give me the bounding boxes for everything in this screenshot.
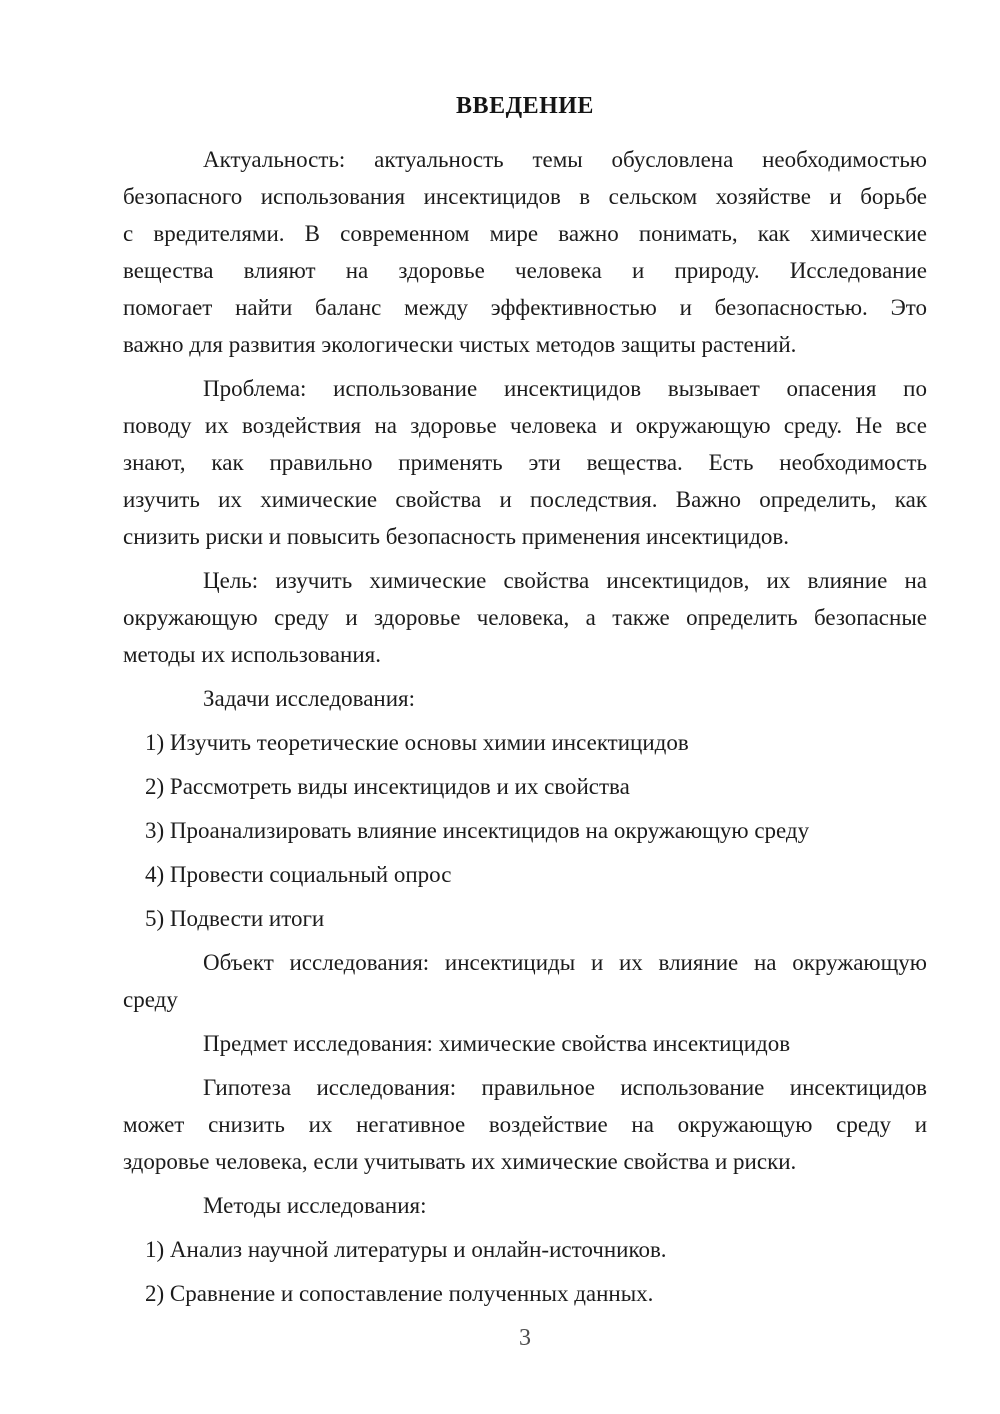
text-line: здоровье человека, если учитывать их хим… xyxy=(123,1143,927,1180)
text-line: вещества влияют на здоровье человека и п… xyxy=(123,252,927,289)
text-line: окружающую среду и здоровье человека, а … xyxy=(123,599,927,636)
text-line: Объект исследования: инсектициды и их вл… xyxy=(123,944,927,981)
text-line: Предмет исследования: химические свойств… xyxy=(123,1025,927,1062)
paragraph: Проблема: использование инсектицидов выз… xyxy=(123,370,927,555)
text-line: знают, как правильно применять эти вещес… xyxy=(123,444,927,481)
list-item: 2) Рассмотреть виды инсектицидов и их св… xyxy=(123,768,927,805)
paragraph: Цель: изучить химические свойства инсект… xyxy=(123,562,927,673)
text-line: Проблема: использование инсектицидов выз… xyxy=(123,370,927,407)
text-line: 4) Провести социальный опрос xyxy=(123,856,927,893)
list-item: 1) Изучить теоретические основы химии ин… xyxy=(123,724,927,761)
text-line: помогает найти баланс между эффективност… xyxy=(123,289,927,326)
paragraph-container: Актуальность: актуальность темы обусловл… xyxy=(123,141,927,1312)
paragraph: Задачи исследования: xyxy=(123,680,927,717)
text-line: изучить их химические свойства и последс… xyxy=(123,481,927,518)
text-line: поводу их воздействия на здоровье челове… xyxy=(123,407,927,444)
text-line: 3) Проанализировать влияние инсектицидов… xyxy=(123,812,927,849)
paragraph: Объект исследования: инсектициды и их вл… xyxy=(123,944,927,1018)
paragraph: Методы исследования: xyxy=(123,1187,927,1224)
list-item: 5) Подвести итоги xyxy=(123,900,927,937)
text-line: среду xyxy=(123,981,927,1018)
text-line: Цель: изучить химические свойства инсект… xyxy=(123,562,927,599)
list-item: 4) Провести социальный опрос xyxy=(123,856,927,893)
paragraph: Актуальность: актуальность темы обусловл… xyxy=(123,141,927,363)
paragraph: Гипотеза исследования: правильное исполь… xyxy=(123,1069,927,1180)
text-line: снизить риски и повысить безопасность пр… xyxy=(123,518,927,555)
text-line: методы их использования. xyxy=(123,636,927,673)
page-number: 3 xyxy=(123,1320,927,1357)
document-body: ВВЕДЕНИЕ Актуальность: актуальность темы… xyxy=(123,88,927,1319)
text-line: 1) Изучить теоретические основы химии ин… xyxy=(123,724,927,761)
text-line: 5) Подвести итоги xyxy=(123,900,927,937)
text-line: Задачи исследования: xyxy=(123,680,927,717)
text-line: Методы исследования: xyxy=(123,1187,927,1224)
list-item: 2) Сравнение и сопоставление полученных … xyxy=(123,1275,927,1312)
list-item: 1) Анализ научной литературы и онлайн-ис… xyxy=(123,1231,927,1268)
text-line: Гипотеза исследования: правильное исполь… xyxy=(123,1069,927,1106)
text-line: важно для развития экологически чистых м… xyxy=(123,326,927,363)
document-page: ВВЕДЕНИЕ Актуальность: актуальность темы… xyxy=(0,0,1000,1414)
text-line: с вредителями. В современном мире важно … xyxy=(123,215,927,252)
text-line: 2) Сравнение и сопоставление полученных … xyxy=(123,1275,927,1312)
page-title: ВВЕДЕНИЕ xyxy=(123,88,927,125)
paragraph: Предмет исследования: химические свойств… xyxy=(123,1025,927,1062)
text-line: может снизить их негативное воздействие … xyxy=(123,1106,927,1143)
text-line: Актуальность: актуальность темы обусловл… xyxy=(123,141,927,178)
list-item: 3) Проанализировать влияние инсектицидов… xyxy=(123,812,927,849)
text-line: безопасного использования инсектицидов в… xyxy=(123,178,927,215)
text-line: 2) Рассмотреть виды инсектицидов и их св… xyxy=(123,768,927,805)
text-line: 1) Анализ научной литературы и онлайн-ис… xyxy=(123,1231,927,1268)
